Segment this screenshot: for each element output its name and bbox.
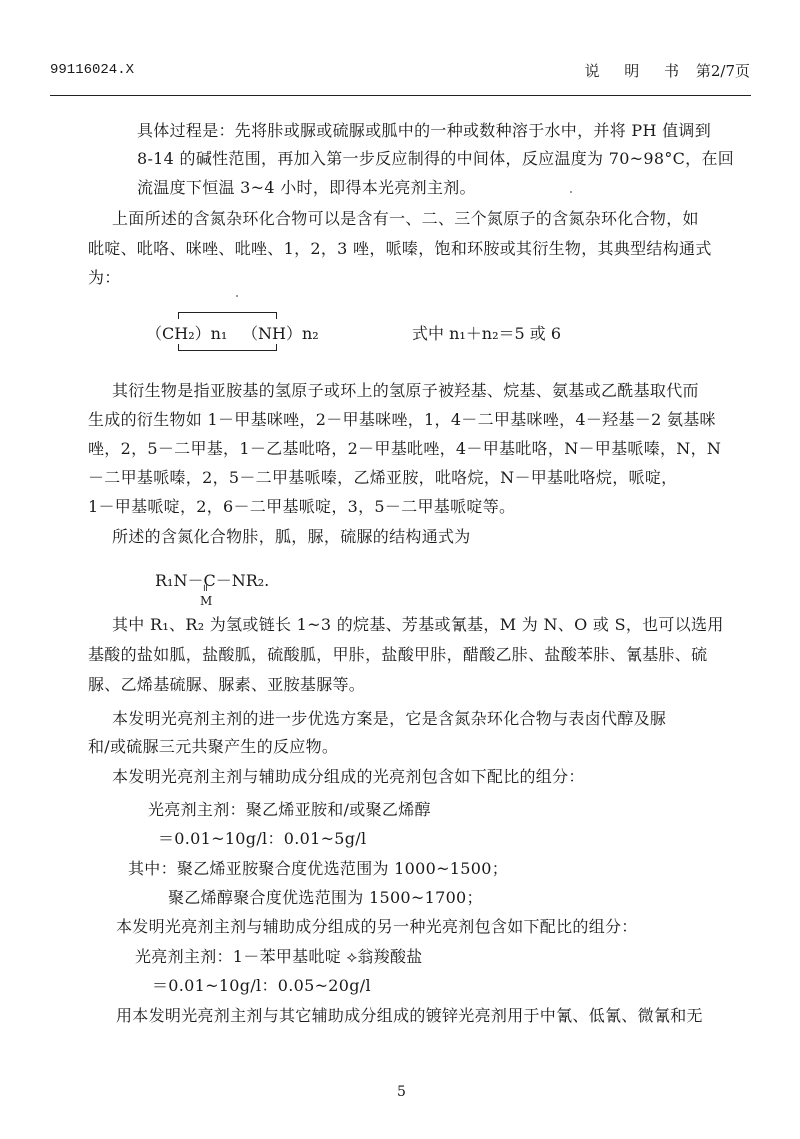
ring-bracket-top: [178, 312, 277, 319]
guanidine-structure-formula: R₁N－C－NR₂.: [155, 568, 269, 591]
document-number: 99116024.X: [50, 62, 134, 78]
text-line: 本发明光亮剂主剂与辅助成分组成的光亮剂包含如下配比的组分：: [112, 767, 585, 787]
text-line: 流温度下恒温 3~4 小时，即得本光亮剂主剂。: [137, 178, 476, 198]
text-line: 本发明光亮剂主剂与辅助成分组成的另一种光亮剂包含如下配比的组分：: [116, 917, 638, 937]
text-line: 其衍生物是指亚胺基的氢原子或环上的氢原子被羟基、烷基、氨基或乙酰基取代而: [112, 381, 699, 401]
header-divider: [50, 95, 751, 96]
formula-nh-group: （NH）n₂: [242, 321, 319, 344]
text-line: 本发明光亮剂主剂的进一步优选方案是，它是含氮杂环化合物与表卤代醇及脲: [112, 709, 666, 729]
text-line: 用本发明光亮剂主剂与其它辅助成分组成的镀锌光亮剂用于中氰、低氰、微氰和无: [116, 1006, 703, 1026]
formula-ch2-group: （CH₂）n₁: [146, 321, 227, 344]
scan-speck: [236, 295, 238, 297]
ring-bracket-bottom: [178, 344, 277, 351]
text-line: －二甲基哌嗪，2，5－二甲基哌嗪，乙烯亚胺，吡咯烷，N－甲基吡咯烷，哌啶，: [88, 468, 677, 488]
scan-speck: [570, 191, 572, 193]
formula-substituent-m: M: [200, 594, 212, 608]
text-line: 1－甲基哌啶，2，6－二甲基哌啶，3，5－二甲基哌啶等。: [88, 497, 515, 517]
text-line: 和/或硫脲三元共聚产生的反应物。: [88, 737, 338, 757]
text-line: 其中：聚乙烯亚胺聚合度优选范围为 1000~1500；: [128, 859, 508, 879]
text-line: 为：: [88, 268, 121, 288]
text-line: 脲、乙烯基硫脲、脲素、亚胺基脲等。: [88, 675, 365, 695]
text-line: 其中 R₁、R₂ 为氢或链长 1~3 的烷基、芳基或氰基，M 为 N、O 或 S…: [112, 615, 724, 635]
text-line: 8-14 的碱性范围，再加入第一步反应制得的中间体，反应温度为 70~98°C，…: [137, 149, 734, 169]
text-line: ＝0.01~10g/l：0.05~20g/l: [152, 976, 371, 996]
page-header-right: 说 明 书 第2/7页: [585, 60, 750, 81]
formula-condition: 式中 n₁＋n₂＝5 或 6: [412, 321, 561, 344]
text-line: 所述的含氮化合物胩，胍，脲，硫脲的结构通式为: [112, 527, 471, 547]
document-type: 说 明 书: [585, 62, 690, 80]
text-line: ＝0.01~10g/l：0.01~5g/l: [158, 829, 366, 849]
text-line: 基酸的盐如胍，盐酸胍，硫酸胍，甲胩，盐酸甲胩，醋酸乙胩、盐酸苯胩、氰基胩、硫: [88, 645, 707, 665]
text-line: 具体过程是：先将胩或脲或硫脲或胍中的一种或数种溶于水中，并将 PH 值调到: [137, 121, 711, 141]
text-line: 唑，2，5－二甲基，1－乙基吡咯，2－甲基吡唑，4－甲基吡咯，N－甲基哌嗪，N，…: [88, 439, 721, 459]
page-indicator: 第2/7页: [696, 62, 750, 80]
text-line: 上面所述的含氮杂环化合物可以是含有一、二、三个氮原子的含氮杂环化合物，如: [112, 209, 699, 229]
text-line: 生成的衍生物如 1－甲基咪唑，2－甲基咪唑，1，4－二甲基咪唑，4－羟基－2 氨…: [88, 410, 716, 430]
text-line: 吡啶、吡咯、咪唑、吡唑、1，2，3 唑，哌嗪，饱和环胺或其衍生物，其典型结构通式: [88, 239, 712, 259]
text-line: 光亮剂主剂：聚乙烯亚胺和/或聚乙烯醇: [148, 800, 431, 820]
double-bond-mark: ॥: [202, 584, 208, 594]
text-line: 光亮剂主剂：1－苯甲基吡啶 ⟡翁羧酸盐: [135, 947, 423, 967]
text-line: 聚乙烯醇聚合度优选范围为 1500~1700；: [168, 888, 483, 908]
page-number: 5: [397, 1084, 406, 1100]
ring-structure-formula: （CH₂）n₁ （NH）n₂: [130, 300, 430, 360]
